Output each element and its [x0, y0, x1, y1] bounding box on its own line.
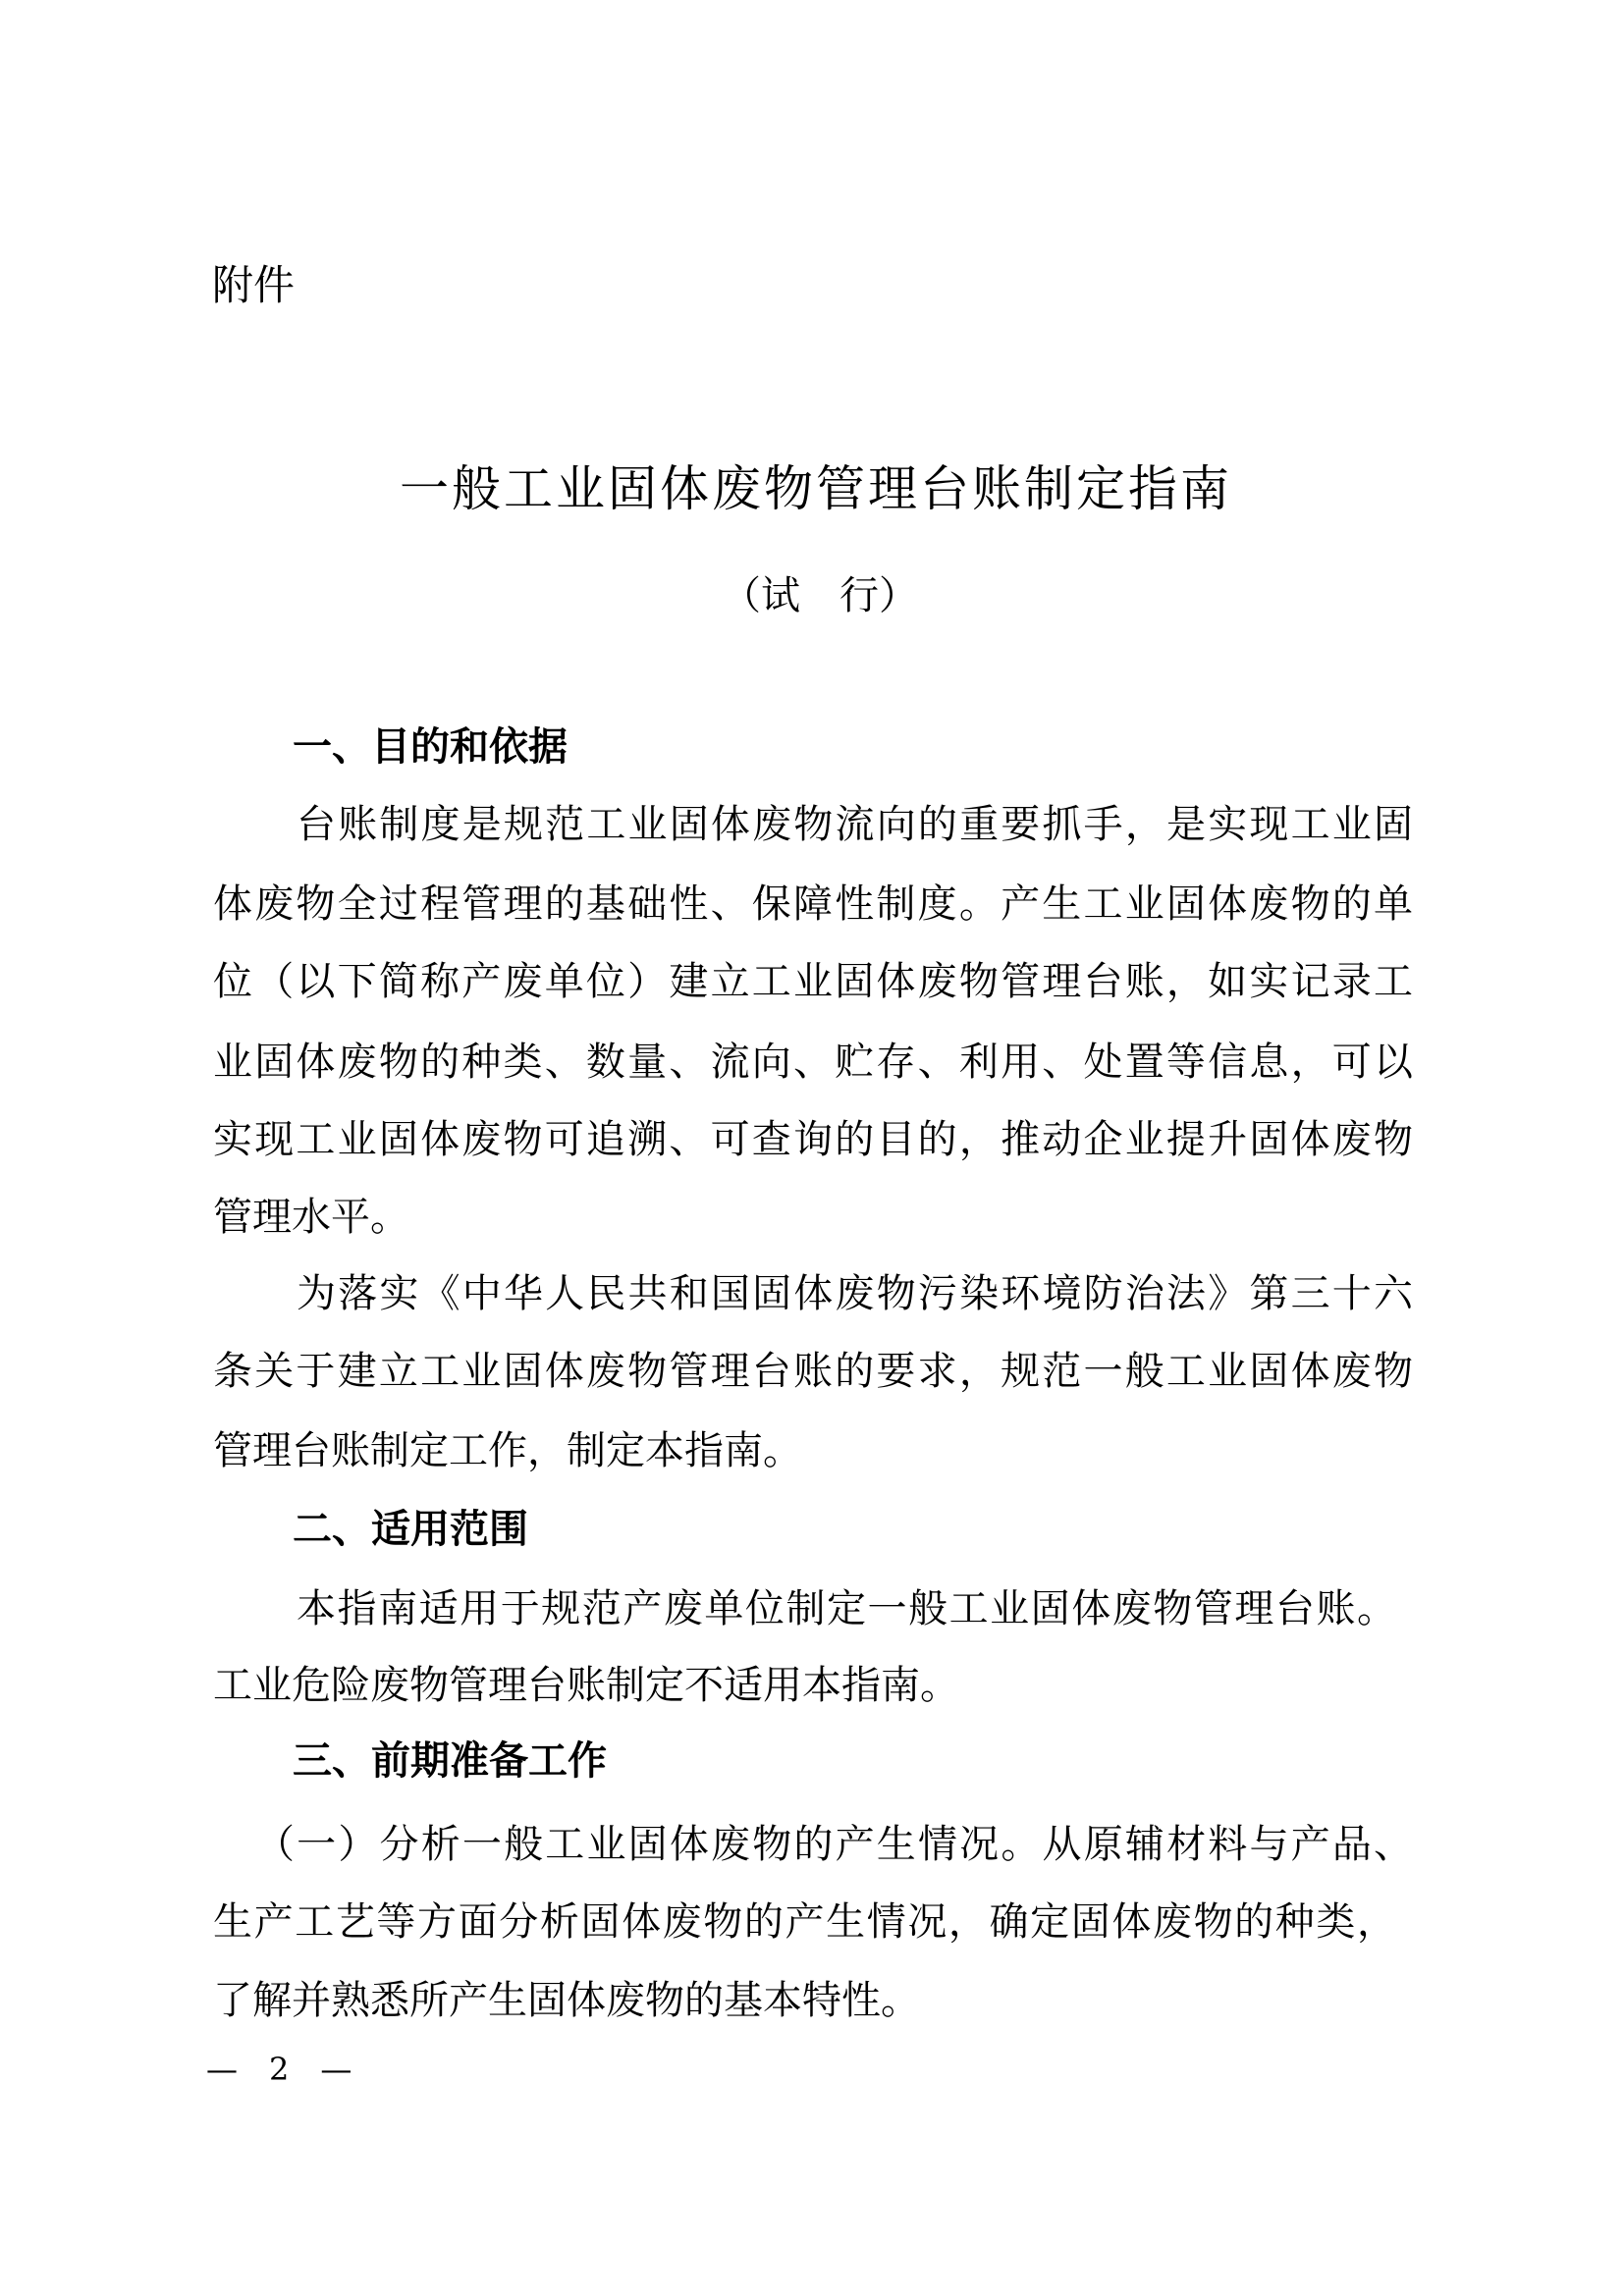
paragraph-line: （一）分析一般工业固体废物的产生情况。从原辅材料与产品、: [255, 1825, 1413, 1864]
paragraph-line: 为落实《中华人民共和国固体废物污染环境防治法》第三十六: [297, 1274, 1413, 1313]
paragraph-line: 体废物全过程管理的基础性、保障性制度。产生工业固体废物的单: [213, 884, 1413, 924]
paragraph-line: 业固体废物的种类、数量、流向、贮存、利用、处置等信息，可以: [213, 1042, 1413, 1082]
paragraph-line: 管理水平。: [213, 1198, 409, 1237]
paragraph-line: 实现工业固体废物可追溯、可查询的目的，推动企业提升固体废物: [213, 1120, 1413, 1159]
paragraph-line: 台账制度是规范工业固体废物流向的重要抓手，是实现工业固: [297, 805, 1413, 844]
document-title: 一般工业固体废物管理台账制定指南: [0, 464, 1624, 513]
attachment-label: 附件: [212, 265, 295, 306]
paragraph-line: 管理台账制定工作，制定本指南。: [213, 1431, 802, 1470]
section-heading-preparation: 三、前期准备工作: [293, 1741, 607, 1781]
paragraph-line: 生产工艺等方面分析固体废物的产生情况，确定固体废物的种类，: [213, 1902, 1396, 1942]
paragraph-line: 工业危险废物管理台账制定不适用本指南。: [213, 1666, 959, 1705]
section-heading-purpose: 一、目的和依据: [293, 727, 568, 767]
section-heading-scope: 二、适用范围: [293, 1510, 528, 1549]
page-number: — 2 —: [206, 2054, 352, 2085]
paragraph-line: 了解并熟悉所产生固体废物的基本特性。: [213, 1981, 920, 2020]
paragraph-line: 本指南适用于规范产废单位制定一般工业固体废物管理台账。: [297, 1589, 1396, 1629]
document-subtitle: （试 行）: [0, 576, 1624, 615]
document-page: 附件 一般工业固体废物管理台账制定指南 （试 行） 一、目的和依据 台账制度是规…: [0, 0, 1624, 2296]
paragraph-line: 条关于建立工业固体废物管理台账的要求，规范一般工业固体废物: [213, 1352, 1413, 1391]
paragraph-line: 位（以下简称产废单位）建立工业固体废物管理台账，如实记录工: [213, 962, 1413, 1001]
